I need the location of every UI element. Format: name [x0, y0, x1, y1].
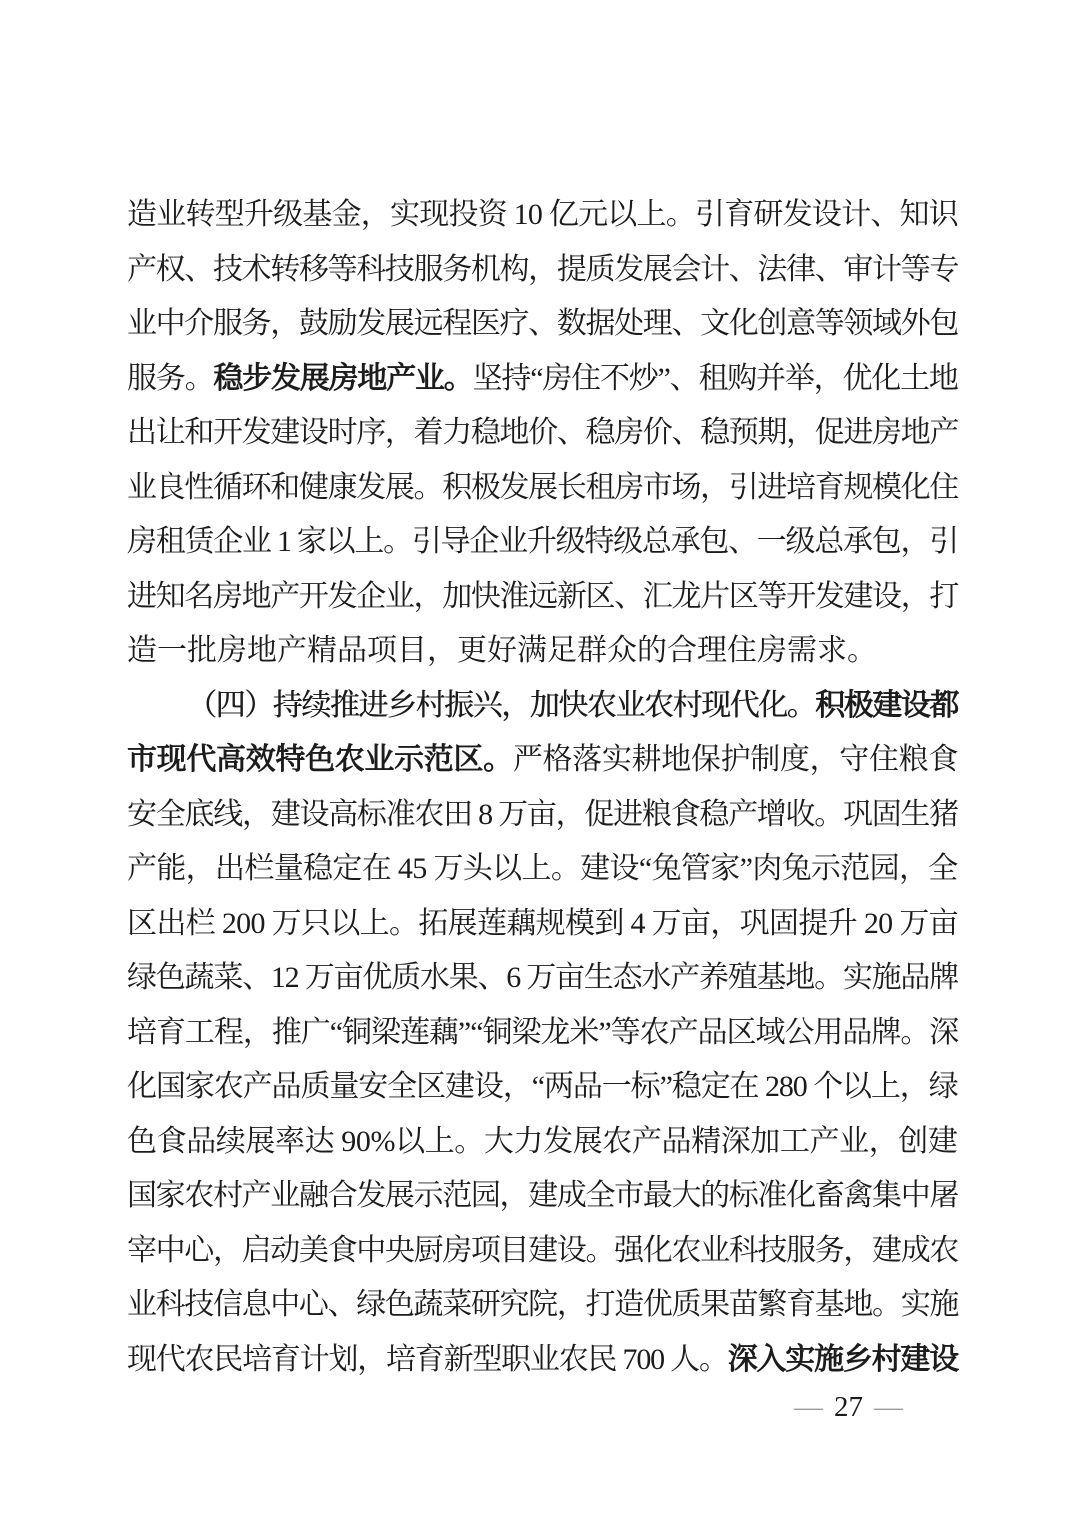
text-run-normal: 业良性循环和健康发展。积极发展长租房市场，引进培育规模化住 — [127, 471, 958, 504]
text-line: 业科技信息中心、绿色蔬菜研究院，打造优质果苗繁育基地。实施 — [127, 1278, 958, 1333]
text-run-normal: 业科技信息中心、绿色蔬菜研究院，打造优质果苗繁育基地。实施 — [127, 1288, 958, 1321]
text-run-normal: 色食品续展率达 90%以上。大力发展农产品精深加工产业，创建 — [127, 1125, 958, 1158]
text-line: 宰中心，启动美食中央厨房项目建设。强化农业科技服务，建成农 — [127, 1224, 958, 1279]
text-run-normal: 服务。 — [127, 362, 213, 395]
text-line: （四）持续推进乡村振兴，加快农业农村现代化。积极建设都 — [127, 679, 958, 734]
text-run-normal: 绿色蔬菜、12 万亩优质水果、6 万亩生态水产养殖基地。实施品牌 — [127, 961, 958, 994]
text-line: 产权、技术转移等科技服务机构，提质发展会计、法律、审计等专 — [127, 243, 958, 298]
text-line: 色食品续展率达 90%以上。大力发展农产品精深加工产业，创建 — [127, 1115, 958, 1170]
text-line: 国家农村产业融合发展示范园，建成全市最大的标准化畜禽集中屠 — [127, 1169, 958, 1224]
text-line: 培育工程，推广“铜梁莲藕”“铜梁龙米”等农产品区域公用品牌。深 — [127, 1006, 958, 1061]
text-run-normal: 化国家农产品质量安全区建设，“两品一标”稳定在 280 个以上，绿 — [127, 1070, 958, 1103]
text-run-normal: 现代农民培育计划，培育新型职业农民 700 人。 — [127, 1343, 728, 1376]
text-line: 绿色蔬菜、12 万亩优质水果、6 万亩生态水产养殖基地。实施品牌 — [127, 951, 958, 1006]
text-run-bold: 市现代高效特色农业示范区。 — [127, 743, 513, 776]
text-run-normal: 安全底线，建设高标准农田 8 万亩，促进粮食稳产增收。巩固生猪 — [127, 798, 958, 831]
page-number-value: 27 — [834, 1391, 863, 1423]
text-run-normal: 业中介服务，鼓励发展远程医疗、数据处理、文化创意等领域外包 — [127, 307, 958, 340]
document-body: 造业转型升级基金，实现投资 10 亿元以上。引育研发设计、知识产权、技术转移等科… — [127, 188, 958, 1387]
text-run-normal: 出让和开发建设时序，着力稳地价、稳房价、稳预期，促进房地产 — [127, 416, 958, 449]
text-line: 业中介服务，鼓励发展远程医疗、数据处理、文化创意等领域外包 — [127, 297, 958, 352]
text-line: 造业转型升级基金，实现投资 10 亿元以上。引育研发设计、知识 — [127, 188, 958, 243]
text-line: 服务。稳步发展房地产业。坚持“房住不炒”、租购并举，优化土地 — [127, 352, 958, 407]
text-run-bold: 积极建设都 — [815, 689, 958, 722]
text-line: 业良性循环和健康发展。积极发展长租房市场，引进培育规模化住 — [127, 461, 958, 516]
text-run-normal: 宰中心，启动美食中央厨房项目建设。强化农业科技服务，建成农 — [127, 1234, 958, 1267]
text-line: 产能，出栏量稳定在 45 万头以上。建设“兔管家”肉兔示范园，全 — [127, 842, 958, 897]
text-line: 现代农民培育计划，培育新型职业农民 700 人。深入实施乡村建设 — [127, 1333, 958, 1388]
page-number-dash-left: — — [794, 1391, 823, 1423]
text-run-normal: 培育工程，推广“铜梁莲藕”“铜梁龙米”等农产品区域公用品牌。深 — [127, 1016, 958, 1049]
text-run-normal: 坚持“房住不炒”、租购并举，优化土地 — [473, 362, 958, 395]
text-run-normal: 产权、技术转移等科技服务机构，提质发展会计、法律、审计等专 — [127, 253, 958, 286]
text-run-normal: 区出栏 200 万只以上。拓展莲藕规模到 4 万亩，巩固提升 20 万亩 — [127, 907, 958, 940]
text-line: 造一批房地产精品项目，更好满足群众的合理住房需求。 — [127, 624, 958, 679]
text-run-normal: 造一批房地产精品项目，更好满足群众的合理住房需求。 — [127, 634, 877, 667]
text-line: 市现代高效特色农业示范区。严格落实耕地保护制度，守住粮食 — [127, 733, 958, 788]
text-run-kai: （四）持续推进乡村振兴，加快农业农村现代化。 — [187, 689, 815, 722]
text-run-bold: 深入实施乡村建设 — [728, 1343, 958, 1376]
page-number: —27— — [783, 1390, 914, 1424]
text-run-normal: 国家农村产业融合发展示范园，建成全市最大的标准化畜禽集中屠 — [127, 1179, 958, 1212]
text-run-normal: 严格落实耕地保护制度，守住粮食 — [513, 743, 958, 776]
text-line: 化国家农产品质量安全区建设，“两品一标”稳定在 280 个以上，绿 — [127, 1060, 958, 1115]
text-run-normal: 产能，出栏量稳定在 45 万头以上。建设“兔管家”肉兔示范园，全 — [127, 852, 958, 885]
page-number-dash-right: — — [874, 1391, 903, 1423]
text-line: 出让和开发建设时序，着力稳地价、稳房价、稳预期，促进房地产 — [127, 406, 958, 461]
document-page: 造业转型升级基金，实现投资 10 亿元以上。引育研发设计、知识产权、技术转移等科… — [0, 0, 1074, 1520]
text-run-normal: 房租赁企业 1 家以上。引导企业升级特级总承包、一级总承包，引 — [127, 525, 958, 558]
text-run-normal: 进知名房地产开发企业，加快淮远新区、汇龙片区等开发建设，打 — [127, 580, 958, 613]
text-line: 进知名房地产开发企业，加快淮远新区、汇龙片区等开发建设，打 — [127, 570, 958, 625]
text-line: 房租赁企业 1 家以上。引导企业升级特级总承包、一级总承包，引 — [127, 515, 958, 570]
text-run-normal: 造业转型升级基金，实现投资 10 亿元以上。引育研发设计、知识 — [127, 198, 958, 231]
text-run-bold: 稳步发展房地产业。 — [213, 362, 472, 395]
text-line: 区出栏 200 万只以上。拓展莲藕规模到 4 万亩，巩固提升 20 万亩 — [127, 897, 958, 952]
text-line: 安全底线，建设高标准农田 8 万亩，促进粮食稳产增收。巩固生猪 — [127, 788, 958, 843]
